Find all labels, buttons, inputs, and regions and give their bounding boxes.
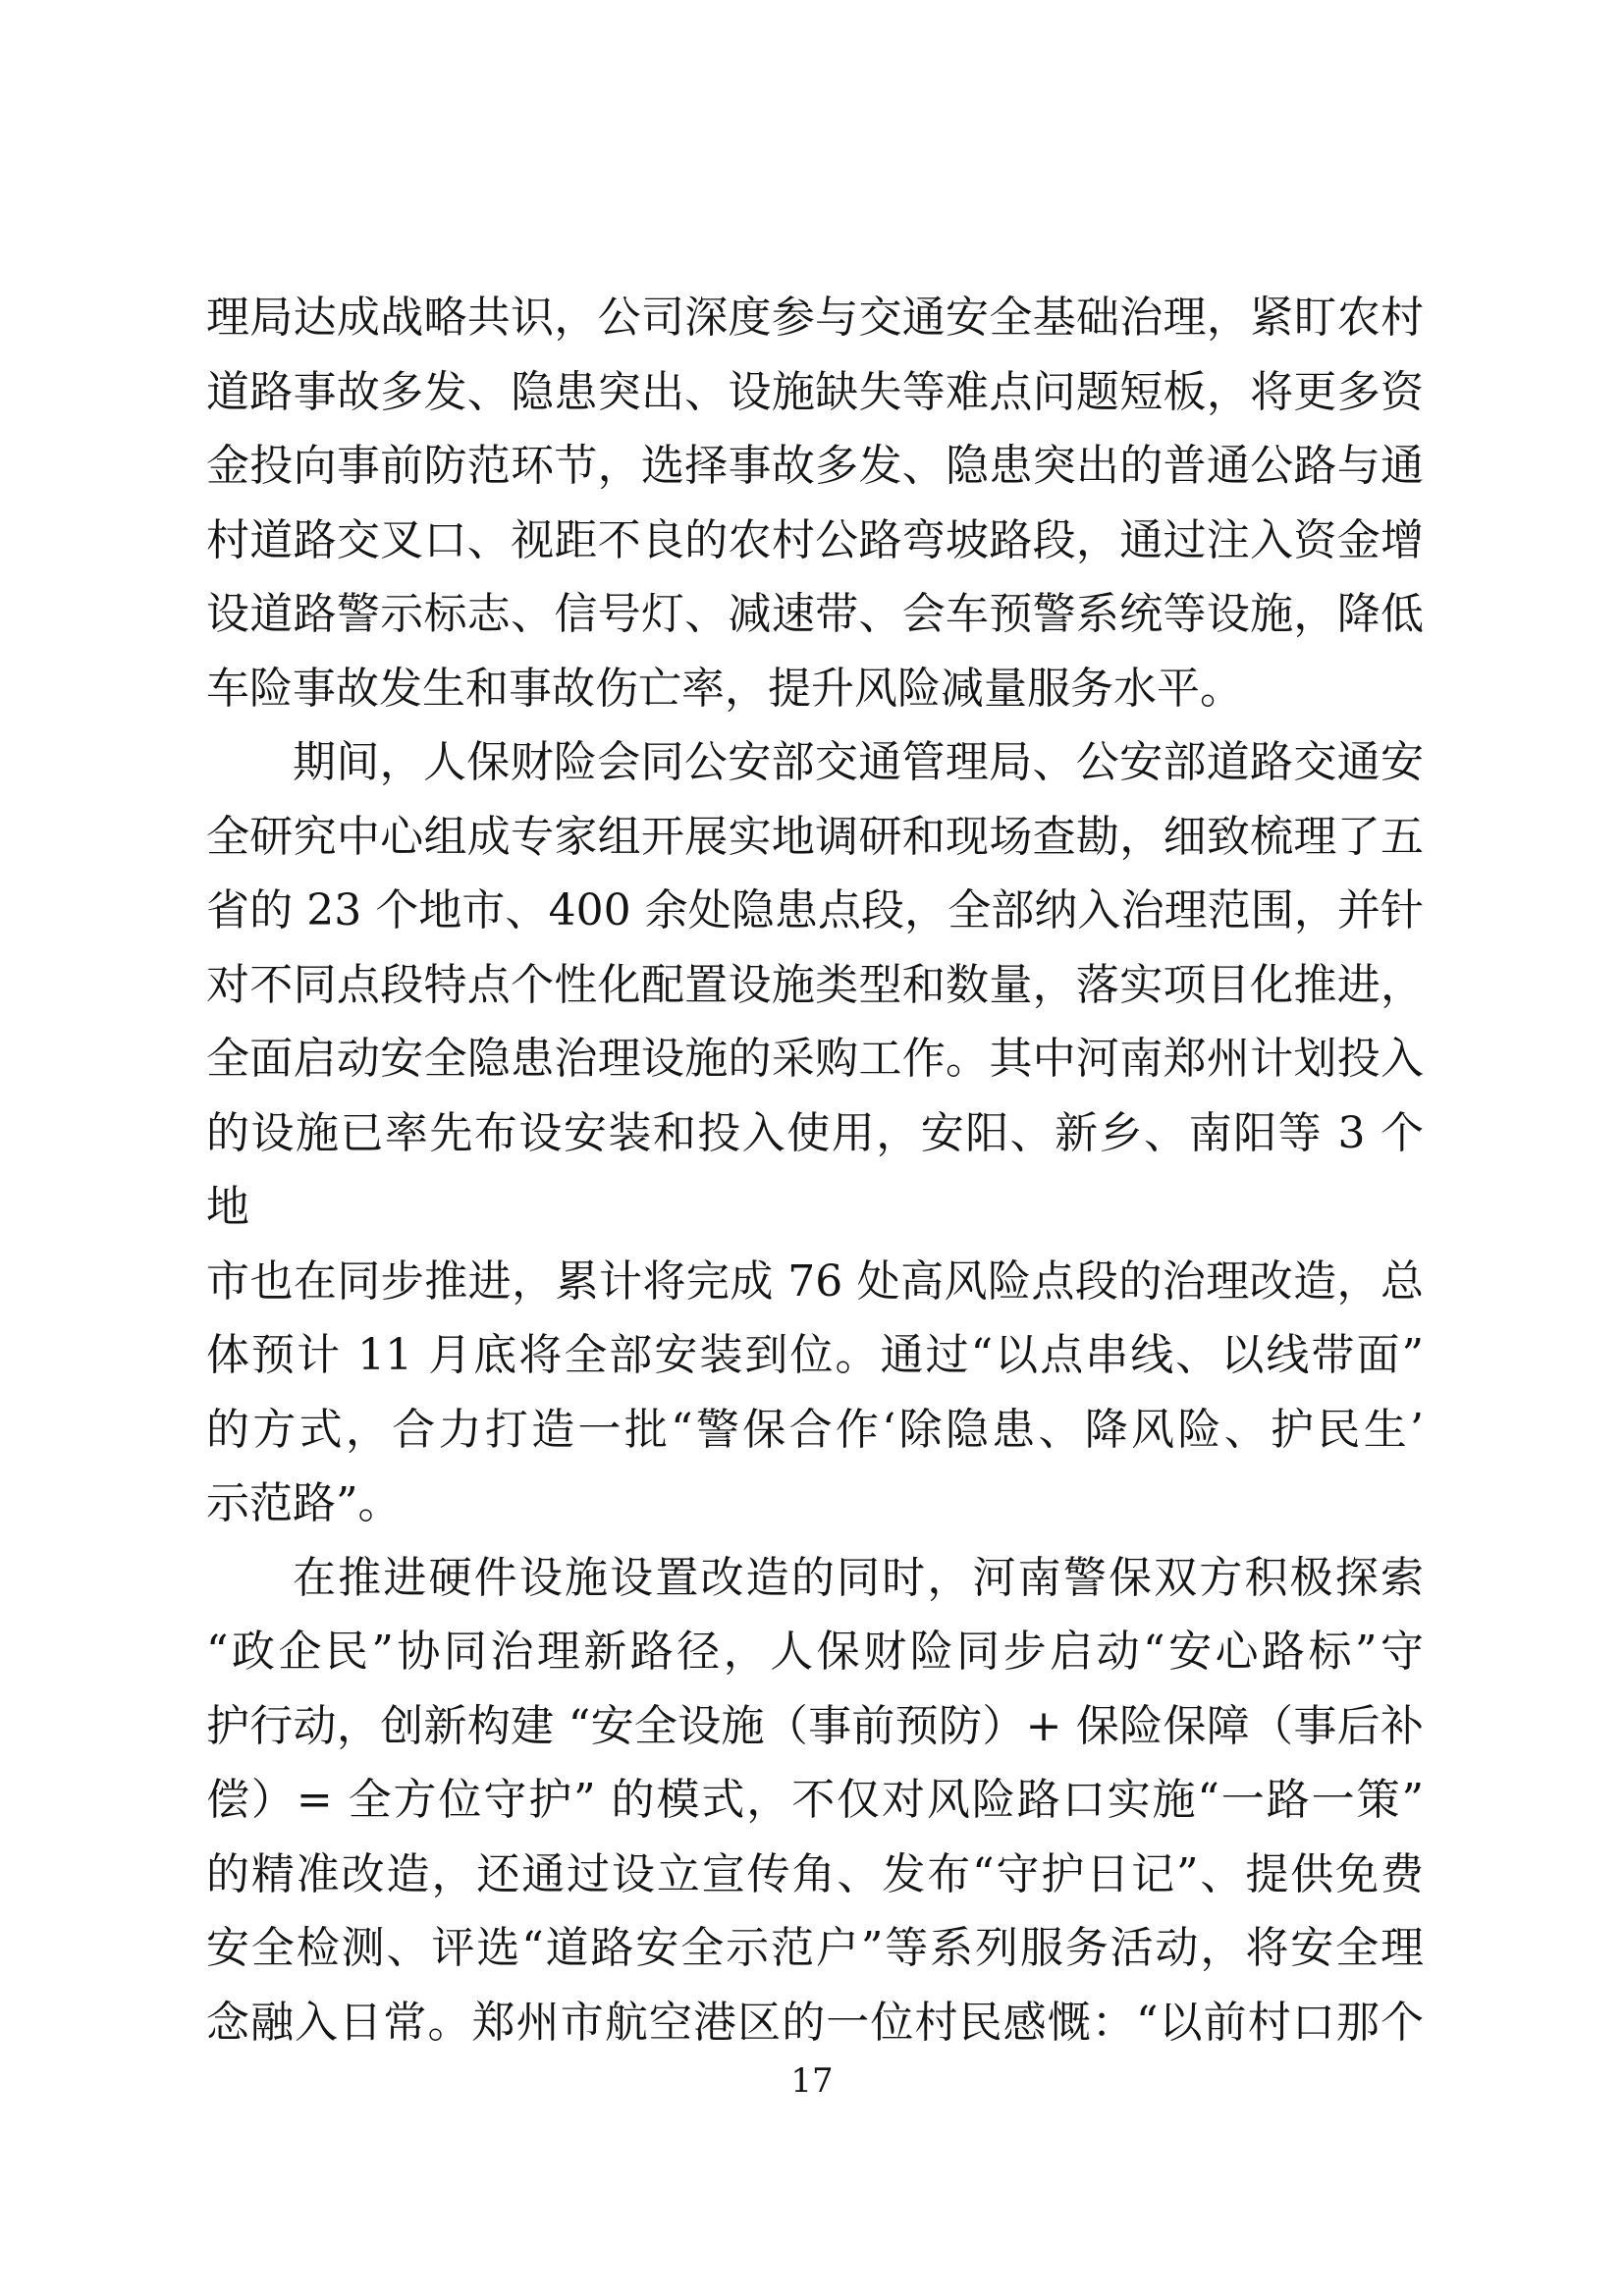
text-line: 对不同点段特点个性化配置设施类型和数量，落实项目化推进， (206, 948, 1424, 1023)
text-line: 全研究中心组成专家组开展实地调研和现场查勘，细致梳理了五 (206, 800, 1424, 875)
text-line-paragraph-start: 期间，人保财险会同公安部交通管理局、公安部道路交通安 (206, 725, 1424, 800)
text-line: 护行动，创新构建 “安全设施（事前预防）+ 保险保障（事后补 (206, 1689, 1424, 1764)
text-line: 道路事故多发、隐患突出、设施缺失等难点问题短板，将更多资 (206, 355, 1424, 430)
text-line: 的设施已率先布设安装和投入使用，安阳、新乡、南阳等 3 个地 (206, 1096, 1424, 1245)
text-line: 偿）= 全方位守护” 的模式，不仅对风险路口实施“一路一策” (206, 1763, 1424, 1838)
text-line: 的方式，合力打造一批“警保合作‘除隐患、降风险、护民生’ (206, 1393, 1424, 1468)
text-line: 设道路警示标志、信号灯、减速带、会车预警系统等设施，降低 (206, 577, 1424, 652)
text-line-paragraph-end: 车险事故发生和事故伤亡率，提升风险减量服务水平。 (206, 652, 1424, 726)
text-line: 的精准改造，还通过设立宣传角、发布“守护日记”、提供免费 (206, 1838, 1424, 1912)
text-line: 体预计 11 月底将全部安装到位。通过“以点串线、以线带面” (206, 1318, 1424, 1393)
text-line: 金投向事前防范环节，选择事故多发、隐患突出的普通公路与通 (206, 429, 1424, 504)
page-number: 17 (0, 2061, 1624, 2101)
text-line: 安全检测、评选“道路安全示范户”等系列服务活动，将安全理 (206, 1911, 1424, 1986)
body-text: 理局达成战略共识，公司深度参与交通安全基础治理，紧盯农村 道路事故多发、隐患突出… (206, 281, 1424, 2059)
text-line: 念融入日常。郑州市航空港区的一位村民感慨：“以前村口那个 (206, 1986, 1424, 2060)
text-line: “政企民”协同治理新路径，人保财险同步启动“安心路标”守 (206, 1615, 1424, 1689)
text-line: 村道路交叉口、视距不良的农村公路弯坡路段，通过注入资金增 (206, 504, 1424, 578)
text-line: 全面启动安全隐患治理设施的采购工作。其中河南郑州计划投入 (206, 1022, 1424, 1096)
text-line: 省的 23 个地市、400 余处隐患点段，全部纳入治理范围，并针 (206, 874, 1424, 948)
text-line: 理局达成战略共识，公司深度参与交通安全基础治理，紧盯农村 (206, 281, 1424, 355)
text-line-paragraph-end: 示范路”。 (206, 1467, 1424, 1541)
text-line-paragraph-start: 在推进硬件设施设置改造的同时，河南警保双方积极探索 (206, 1541, 1424, 1616)
text-line: 市也在同步推进，累计将完成 76 处高风险点段的治理改造，总 (206, 1245, 1424, 1319)
document-page: 理局达成战略共识，公司深度参与交通安全基础治理，紧盯农村 道路事故多发、隐患突出… (0, 0, 1624, 2296)
